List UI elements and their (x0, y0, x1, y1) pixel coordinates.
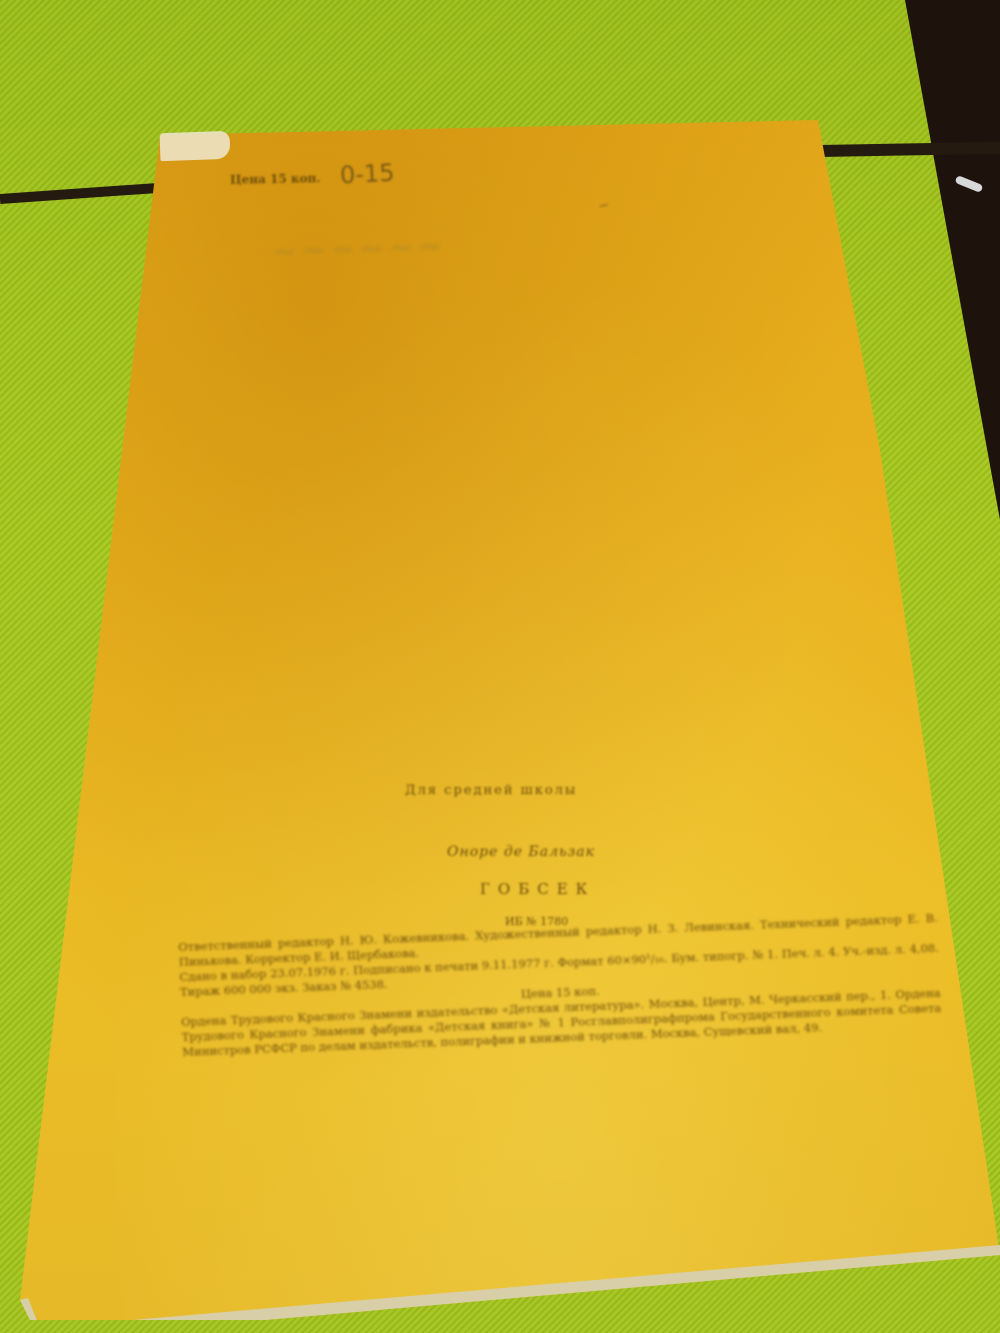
price-stamp: Цена 15 коп. (230, 171, 321, 187)
handwritten-price: 0-15 (339, 159, 395, 190)
series-label: Для средней школы (405, 783, 577, 798)
pencil-scribble: ~~~~~~ (271, 229, 447, 270)
mat-seam (820, 142, 1000, 157)
worn-corner (160, 131, 231, 161)
author-name: Оноре де Бальзак (447, 844, 595, 860)
book-title: ГОБСЕК (480, 880, 595, 898)
loose-thread (955, 175, 984, 193)
